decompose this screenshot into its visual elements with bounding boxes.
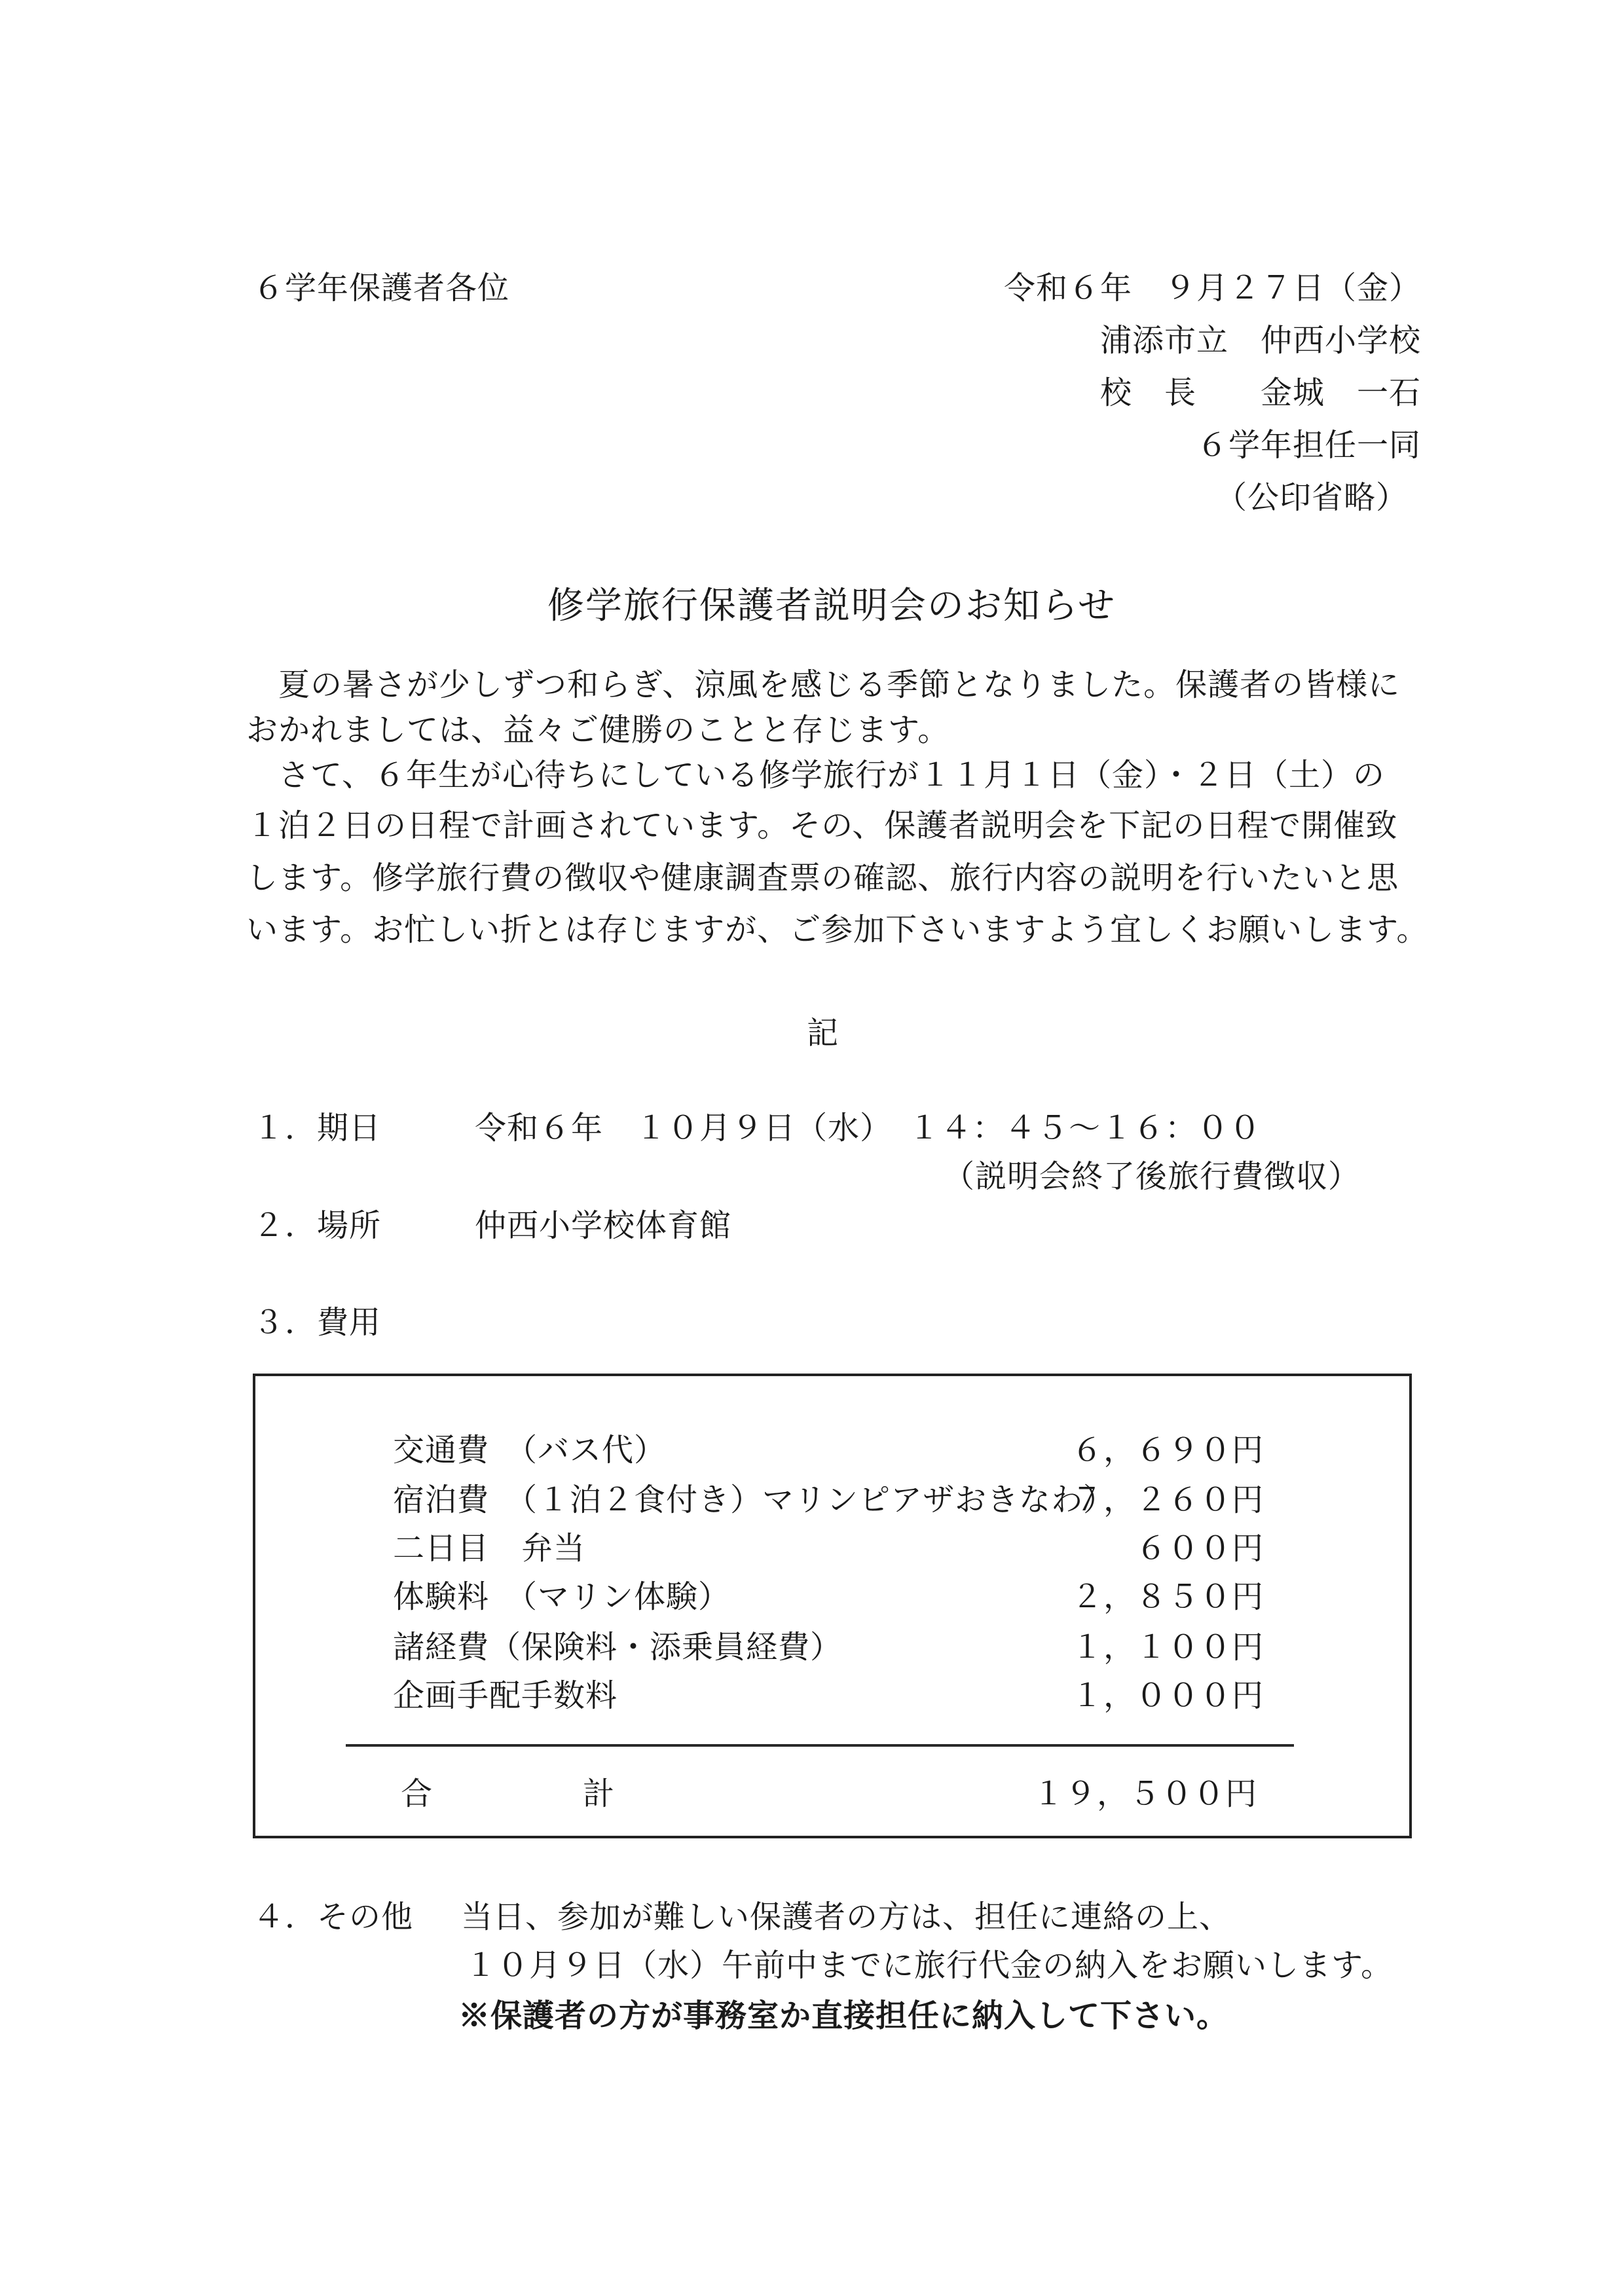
total-label-1: 合	[401, 1776, 433, 1812]
total-separator	[346, 1744, 1294, 1747]
item-other-line3: ※保護者の方が事務室か直接担任に納入して下さい。	[458, 1997, 1228, 2034]
teachers: ６学年担任一同	[1196, 427, 1421, 464]
body-line: います。お忙しい折とは存じますが、ご参加下さいますよう宜しくお願いします。	[246, 911, 1428, 948]
item-place-label: ２．場所	[253, 1207, 381, 1244]
body-line: さて、６年生が心待ちにしている修学旅行が１１月１日（金）・２日（土）の	[246, 757, 1385, 793]
recipient: ６学年保護者各位	[253, 270, 509, 306]
cost-row-amount: ６，６９０円	[1071, 1432, 1264, 1468]
item-place-value: 仲西小学校体育館	[475, 1207, 731, 1244]
cost-row-amount: １，０００円	[1071, 1677, 1264, 1714]
item-cost-label: ３．費用	[253, 1304, 381, 1341]
item-date-note: （説明会終了後旅行費徴収）	[943, 1158, 1360, 1195]
cost-row-label: 体験料 （マリン体験）	[393, 1578, 730, 1615]
body-line: １泊２日の日程で計画されています。その、保護者説明会を下記の日程で開催致	[246, 807, 1397, 844]
total-label-2: 計	[583, 1776, 615, 1812]
issue-date: 令和６年 ９月２７日（金）	[1004, 270, 1421, 306]
cost-row-amount: ６００円	[1135, 1530, 1264, 1567]
cost-row-label: 宿泊費 （１泊２食付き）マリンピアザおきなわ）	[393, 1482, 1115, 1518]
cost-row-label: 企画手配手数料	[393, 1677, 618, 1714]
item-other-line1: 当日、参加が難しい保護者の方は、担任に連絡の上、	[461, 1899, 1231, 1935]
seal-note: （公印省略）	[1215, 479, 1408, 516]
item-other-line2: １０月９日（水）午前中までに旅行代金の納入をお願いします。	[465, 1947, 1393, 1984]
page-title: 修学旅行保護者説明会のお知らせ	[0, 585, 1624, 628]
item-date-value: 令和６年 １０月９日（水） １４：４５～１６：００	[475, 1110, 1261, 1146]
cost-row-amount: ７，２６０円	[1071, 1482, 1264, 1518]
principal-name: 校 長 金城 一石	[1100, 374, 1421, 411]
body-line: します。修学旅行費の徴収や健康調査票の確認、旅行内容の説明を行いたいと思	[246, 860, 1399, 896]
cost-row-label: 二日目 弁当	[393, 1530, 585, 1567]
item-other-label: ４．その他	[253, 1899, 413, 1935]
cost-row-amount: １，１００円	[1071, 1629, 1264, 1666]
cost-row-label: 諸経費（保険料・添乗員経費）	[393, 1629, 842, 1666]
total-amount: １９，５００円	[1033, 1776, 1257, 1812]
ki-heading: 記	[807, 1015, 839, 1051]
body-line: 夏の暑さが少しずつ和らぎ、涼風を感じる季節となりました。保護者の皆様に	[246, 666, 1400, 703]
school-name: 浦添市立 仲西小学校	[1100, 322, 1421, 359]
body-line: おかれましては、益々ご健勝のことと存じます。	[246, 712, 950, 748]
item-date-label: １．期日	[253, 1110, 381, 1146]
cost-row-amount: ２，８５０円	[1071, 1578, 1264, 1615]
cost-row-label: 交通費 （バス代）	[393, 1432, 666, 1468]
